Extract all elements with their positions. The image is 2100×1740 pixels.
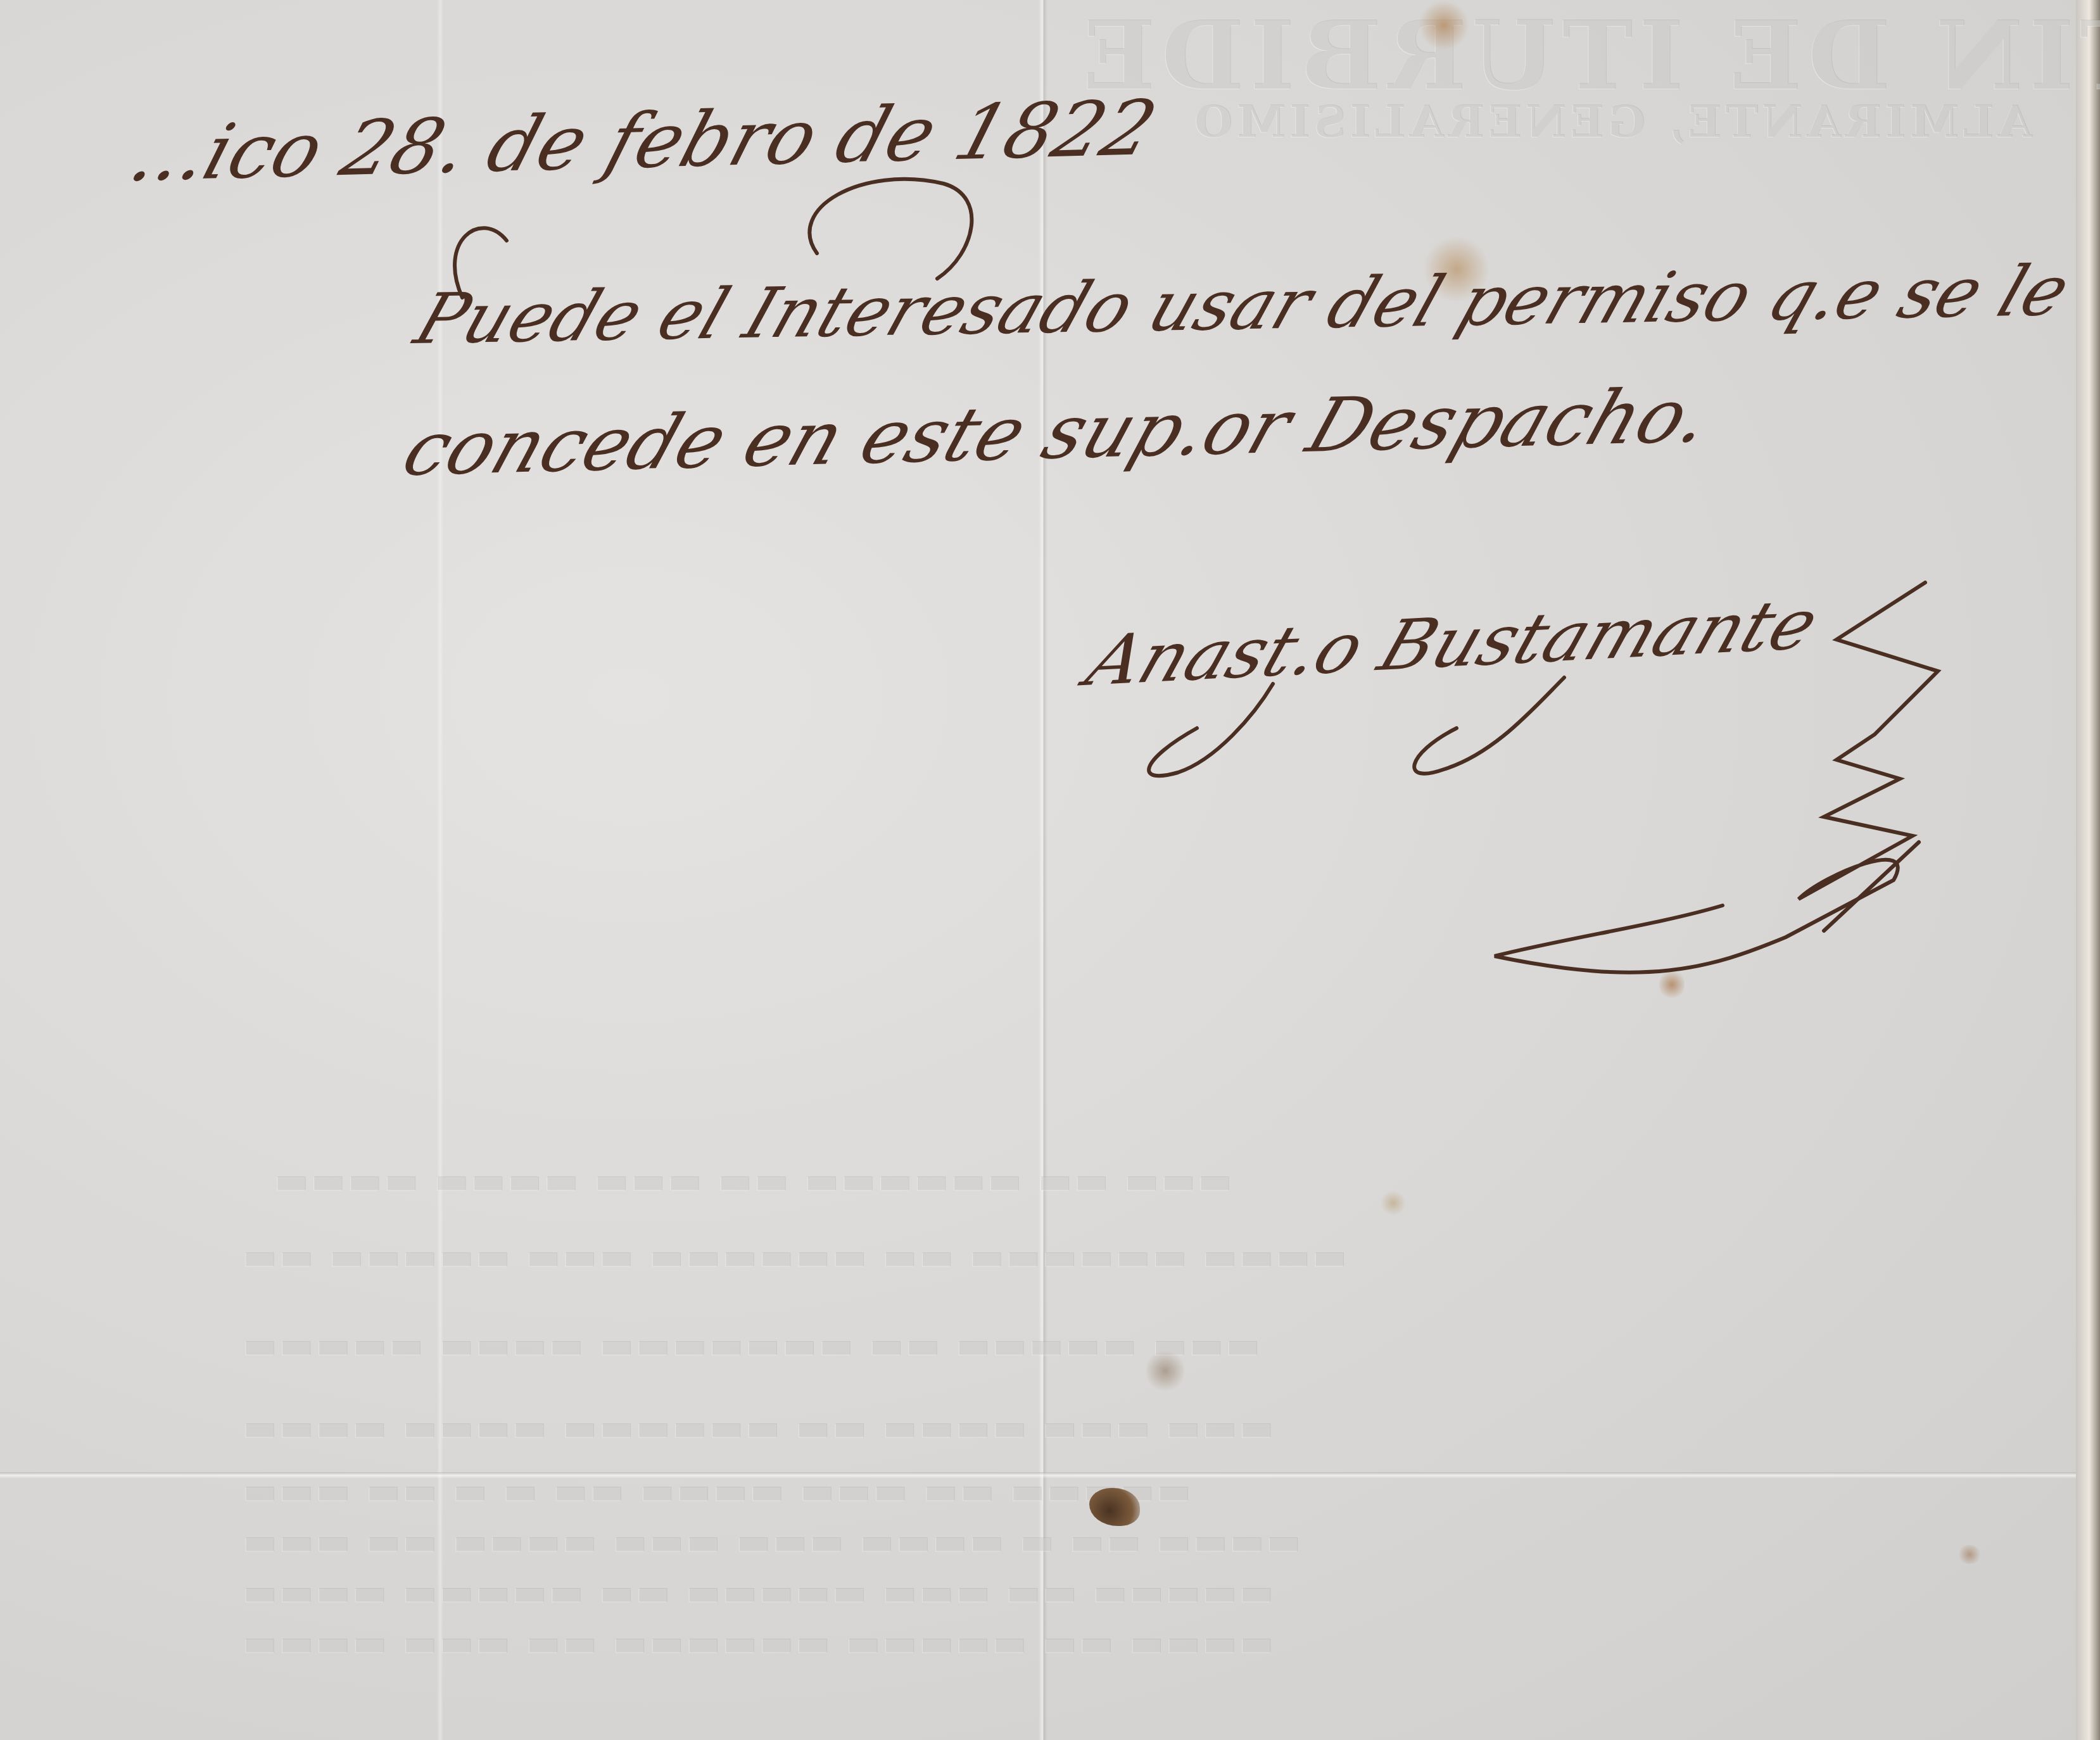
embossed-body-line: ▬▬▬▬ ▬▬▬▬▬▬ ▬▬ ▬▬▬▬▬▬ ▬▬▬ ▬▬▬▬▬ ▬▬ [241,1235,1347,1278]
embossed-body-line: ▬▬▬▬▬ ▬▬ ▬▬▬ ▬▬▬▬ ▬▬ ▬ ▬ ▬▬ ▬▬▬ [241,1469,1191,1512]
foxing-stain [1659,969,1685,1000]
paper-right-edge [2076,0,2100,1740]
foxing-stain [1957,1545,1982,1564]
embossed-body-line: ▬▬▬▬▬ ▬▬ ▬▬▬ ▬▬▬▬▬ ▬▬ ▬▬▬▬▬ ▬▬▬▬ [241,1570,1274,1613]
foxing-stain [1381,1190,1406,1216]
embossed-body-line: ▬▬▬▬ ▬▬ ▬ ▬▬▬▬ ▬▬▬ ▬▬▬ ▬▬▬▬ ▬▬ ▬▬▬ [241,1520,1301,1563]
foxing-stain [1146,1349,1184,1393]
embossed-body-line: ▬▬▬ ▬▬ ▬▬▬▬▬▬ ▬▬ ▬▬▬ ▬▬▬▬ ▬▬▬▬ [272,1159,1232,1202]
foxing-stain [1419,0,1469,51]
embossed-body-line: ▬▬▬ ▬▬▬ ▬▬▬▬ ▬▬ ▬▬▬▬▬▬ ▬▬▬▬ ▬▬▬▬ [241,1406,1274,1449]
embossed-body-line: ▬▬▬▬ ▬▬ ▬▬▬▬▬ ▬▬▬▬▬▬ ▬▬ ▬▬▬ ▬▬▬▬ [241,1621,1274,1664]
embossed-body-line: ▬▬▬ ▬▬▬▬▬ ▬▬ ▬▬▬▬▬▬▬ ▬▬▬▬ ▬▬▬▬▬ [241,1323,1260,1366]
embossed-subheader: ALMIRANTE, GENERALISIMO [1191,95,2032,148]
